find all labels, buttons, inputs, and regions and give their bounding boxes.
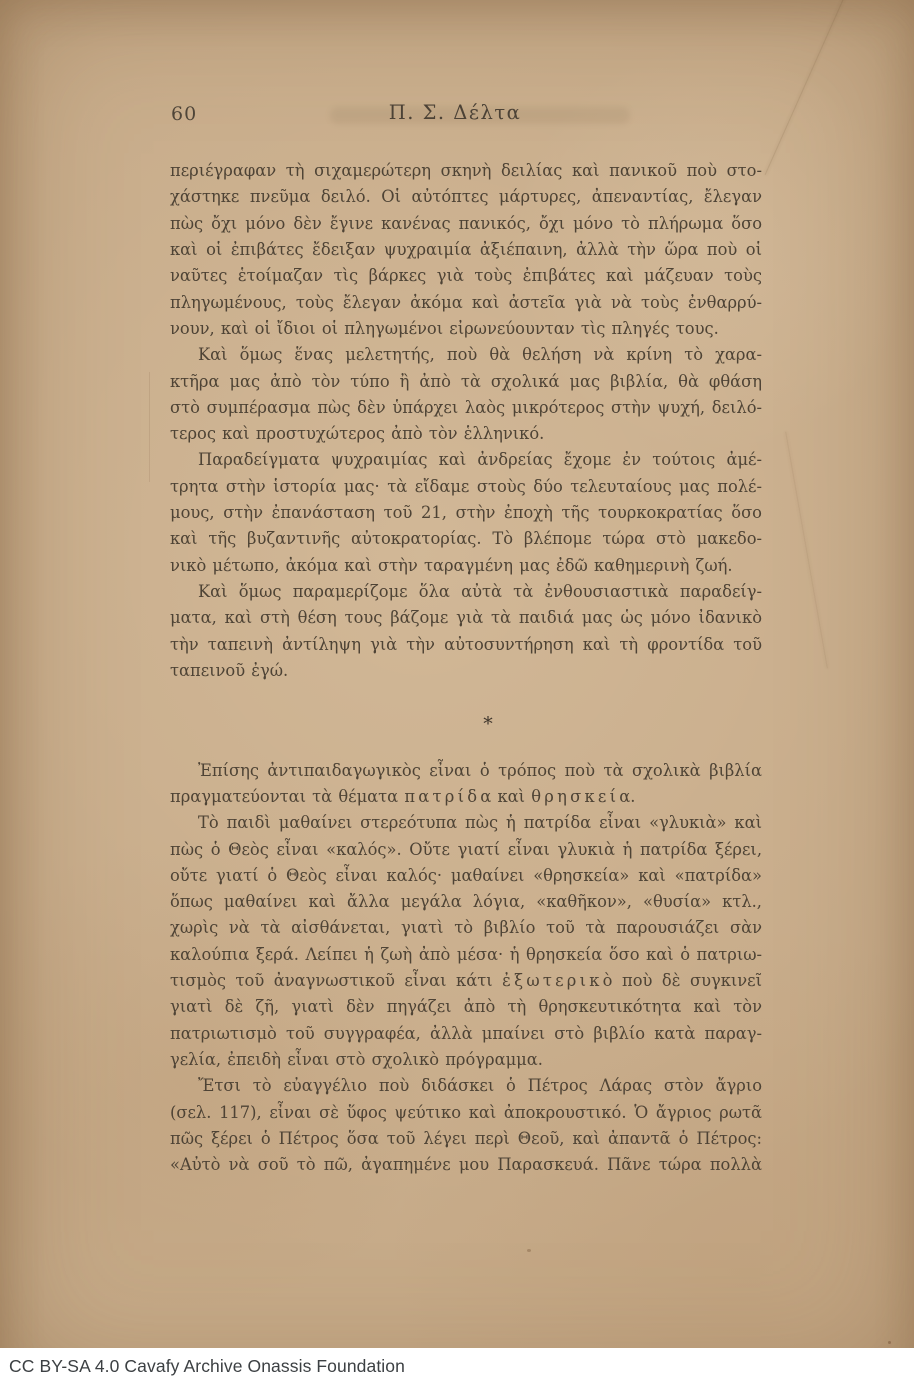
paragraph: Ἔτσι τὸ εὐαγγέλιο ποὺ διδάσκει ὁ Πέτρος … [170,1073,762,1178]
scanned-page: 60 Π. Σ. Δέλτα περιέγραφαν τὴ σιχαμερώτε… [0,0,914,1384]
text-line: χωρὶς νὰ τὰ αἰσθάνεται, γιατὶ τὸ βιβλίο … [170,915,762,941]
text-line: Καὶ ὅμως ἕνας μελετητής, ποὺ θὰ θελήση ν… [170,342,762,368]
text-line: Παραδείγματα ψυχραιμίας καὶ ἀνδρείας ἔχο… [170,447,762,473]
text-line: γιατὶ δὲ ζῆ, γιατὶ δὲν πηγάζει ἀπὸ τὴ θρ… [170,994,762,1020]
text-line: Ἐπίσης ἀντιπαιδαγωγικὸς εἶναι ὁ τρόπος π… [170,758,762,784]
text-line: «Αὐτὸ νὰ σοῦ τὸ πῶ, ἀγαπημένε μου Παρασκ… [170,1152,762,1178]
text-line: πὼς ὁ Θεὸς εἶναι «καλός». Οὔτε γιατί εἶν… [170,837,762,863]
text-line: οὔτε γιατί ὁ Θεὸς εἶναι καλός· μαθαίνει … [170,863,762,889]
text-line: γελία, ἐπειδὴ εἶναι στὸ σχολικὸ πρόγραμμ… [170,1047,762,1073]
text-line: νικὸ μέτωπο, ἀκόμα καὶ στὴν ταραγμένη μα… [170,553,762,579]
text-line: τρητα στὴν ἱστορία μας· τὰ εἴδαμε στοὺς … [170,474,762,500]
text-line: Ἔτσι τὸ εὐαγγέλιο ποὺ διδάσκει ὁ Πέτρος … [170,1073,762,1099]
text-line: Καὶ ὅμως παραμερίζομε ὅλα αὐτὰ τὰ ἐνθουσ… [170,579,762,605]
text-line: πατριωτισμὸ τοῦ συγγραφέα, ἀλλὰ μπαίνει … [170,1021,762,1047]
text-line: καὶ οἱ ἐπιβάτες ἔδειξαν ψυχραιμία ἀξιέπα… [170,237,762,263]
license-text: CC BY-SA 4.0 Cavafy Archive Onassis Foun… [9,1356,405,1377]
text-line: ναῦτες ἑτοίμαζαν τὶς βάρκες γιὰ τοὺς ἐπι… [170,263,762,289]
license-bar: CC BY-SA 4.0 Cavafy Archive Onassis Foun… [0,1348,914,1384]
text-line: τὴν ταπεινὴ ἀντίληψη γιὰ τὴν αὐτοσυντήρη… [170,632,762,658]
paragraph: Καὶ ὅμως παραμερίζομε ὅλα αὐτὰ τὰ ἐνθουσ… [170,579,762,684]
text-line: τερος καὶ προστυχώτερος ἀπὸ τὸν ἑλληνικό… [170,421,762,447]
text-line: (σελ. 117), εἶναι σὲ ὕφος ψεύτικο καὶ ἀπ… [170,1100,762,1126]
running-header: Π. Σ. Δέλτα [170,101,762,124]
paragraph: Παραδείγματα ψυχραιμίας καὶ ἀνδρείας ἔχο… [170,447,762,579]
text-line: καλούπια ξερά. Λείπει ἡ ζωὴ ἀπὸ μέσα· ἡ … [170,942,762,968]
text-line: Τὸ παιδὶ μαθαίνει στερεότυπα πὼς ἡ πατρί… [170,810,762,836]
section-divider: * [170,711,762,737]
text-line: πὼς ὄχι μόνο δὲν ἔγινε κανένας πανικός, … [170,211,762,237]
text-line: καὶ τῆς βυζαντινῆς αὐτοκρατορίας. Τὸ βλέ… [170,526,762,552]
paper-speck [888,1341,891,1344]
text-line: πληγωμένους, τοὺς ἔλεγαν ἀκόμα καὶ ἀστεῖ… [170,290,762,316]
text-line: μους, στὴν ἐπανάσταση τοῦ 21, στὴν ἐποχὴ… [170,500,762,526]
text-line: ὅπως μαθαίνει καὶ ἄλλα μεγάλα λόγια, «κα… [170,889,762,915]
text-line: νουν, καὶ οἱ ἴδιοι οἱ πληγωμένοι εἰρωνεύ… [170,316,762,342]
paper-speck [527,1249,531,1252]
page-text-flow: περιέγραφαν τὴ σιχαμερώτερη σκηνὴ δειλία… [170,158,762,1179]
text-line: κτῆρα μας ἀπὸ τὸν τύπο ἢ ἀπὸ τὰ σχολικά … [170,369,762,395]
text-line: πραγματεύονται τὰ θέματα π α τ ρ ί δ α κ… [170,784,762,810]
text-line: ταπεινοῦ ἐγώ. [170,658,762,684]
text-line: περιέγραφαν τὴ σιχαμερώτερη σκηνὴ δειλία… [170,158,762,184]
text-line: στὸ συμπέρασμα πὼς δὲν ὑπάρχει λαὸς μικρ… [170,395,762,421]
text-line: ματα, καὶ στὴ θέση τους βάζομε γιὰ τὰ πα… [170,605,762,631]
paragraph: Καὶ ὅμως ἕνας μελετητής, ποὺ θὰ θελήση ν… [170,342,762,447]
paragraph: περιέγραφαν τὴ σιχαμερώτερη σκηνὴ δειλία… [170,158,762,342]
text-line: πῶς ξέρει ὁ Πέτρος ὅσα τοῦ λέγει περὶ Θε… [170,1126,762,1152]
text-line: χάστηκε πνεῦμα δειλό. Οἱ αὐτόπτες μάρτυρ… [170,184,762,210]
paragraph: Ἐπίσης ἀντιπαιδαγωγικὸς εἶναι ὁ τρόπος π… [170,758,762,811]
text-line: τισμὸς τοῦ ἀναγνωστικοῦ εἶναι κάτι ἐ ξ ω… [170,968,762,994]
paragraph: Τὸ παιδὶ μαθαίνει στερεότυπα πὼς ἡ πατρί… [170,810,762,1073]
